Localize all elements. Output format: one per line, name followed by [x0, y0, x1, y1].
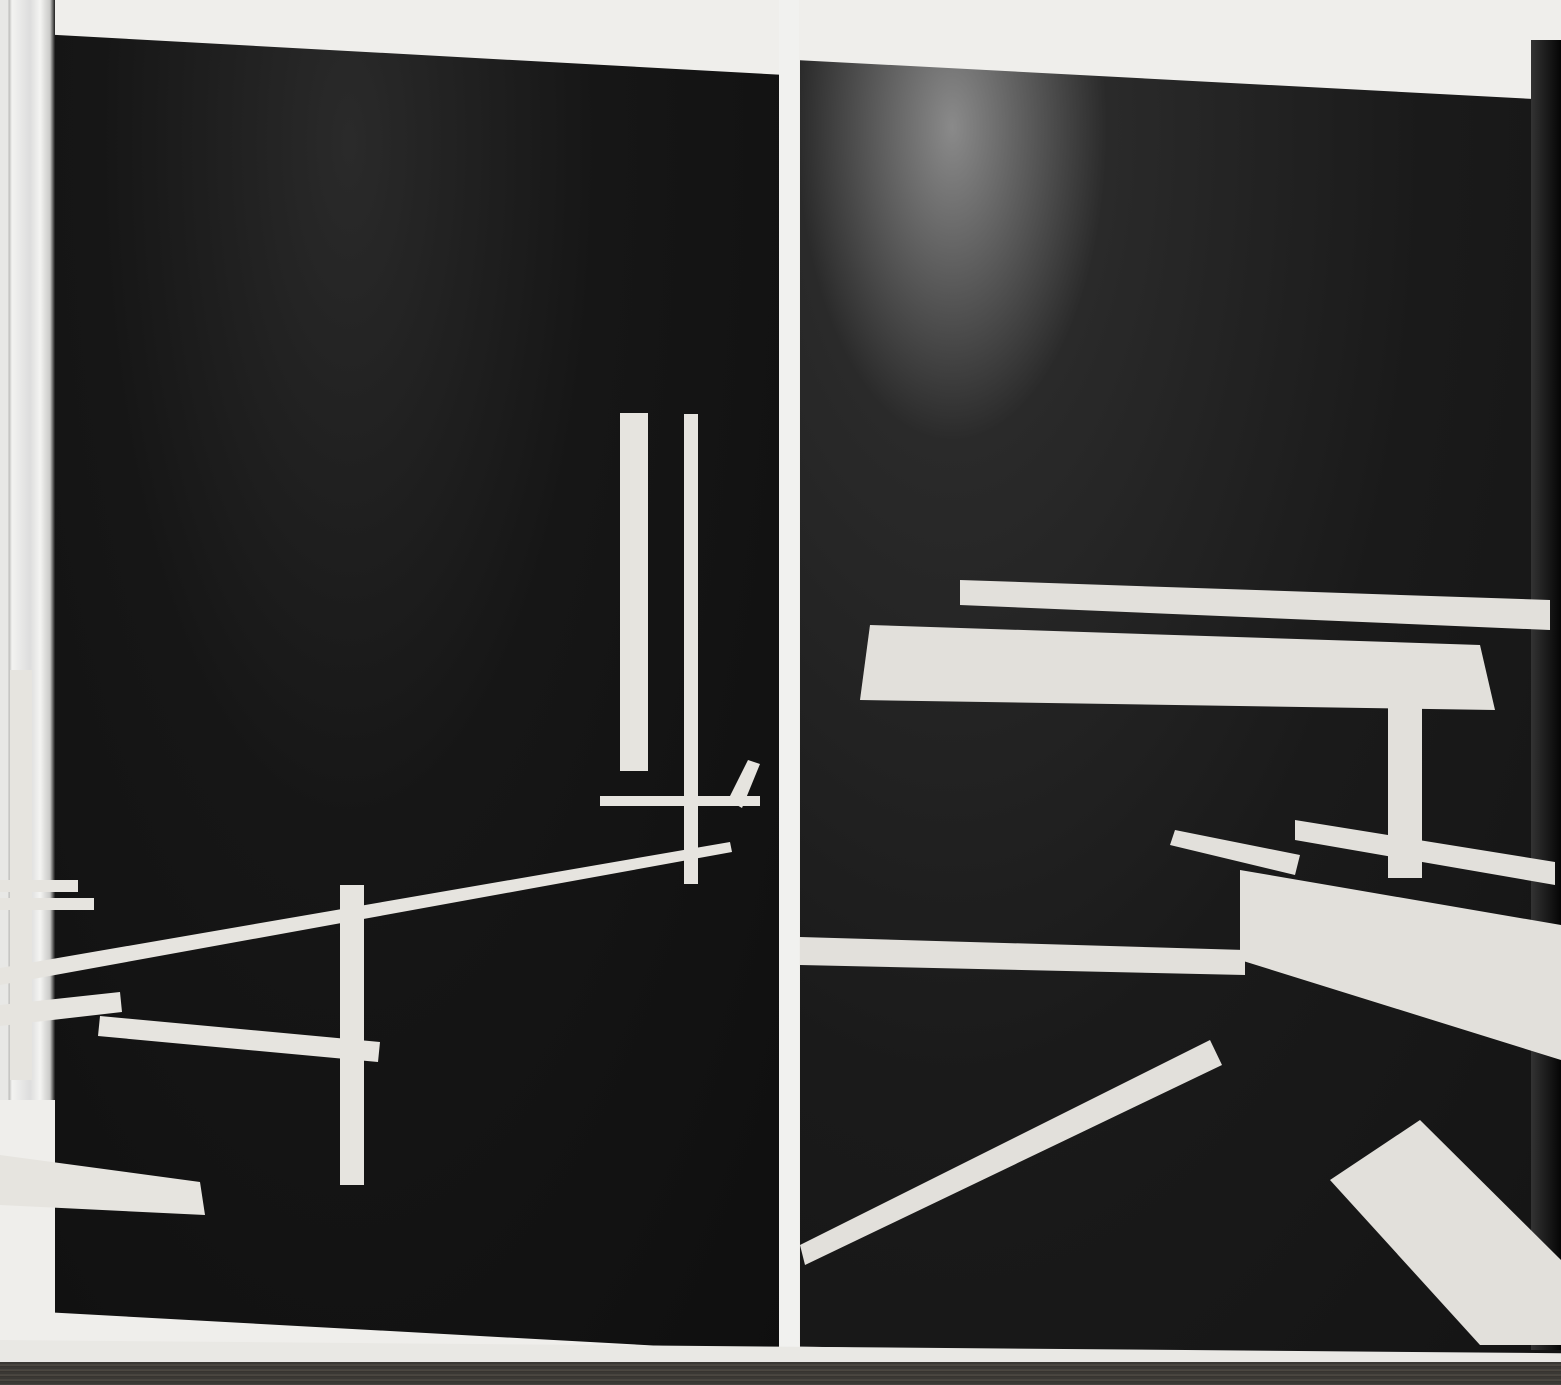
scanner-edge [0, 1362, 1561, 1385]
left-sculpture [0, 413, 760, 1215]
right-sculpture [800, 580, 1561, 1345]
book-page [0, 0, 1561, 1385]
sculpture-drawing [0, 0, 1561, 1385]
